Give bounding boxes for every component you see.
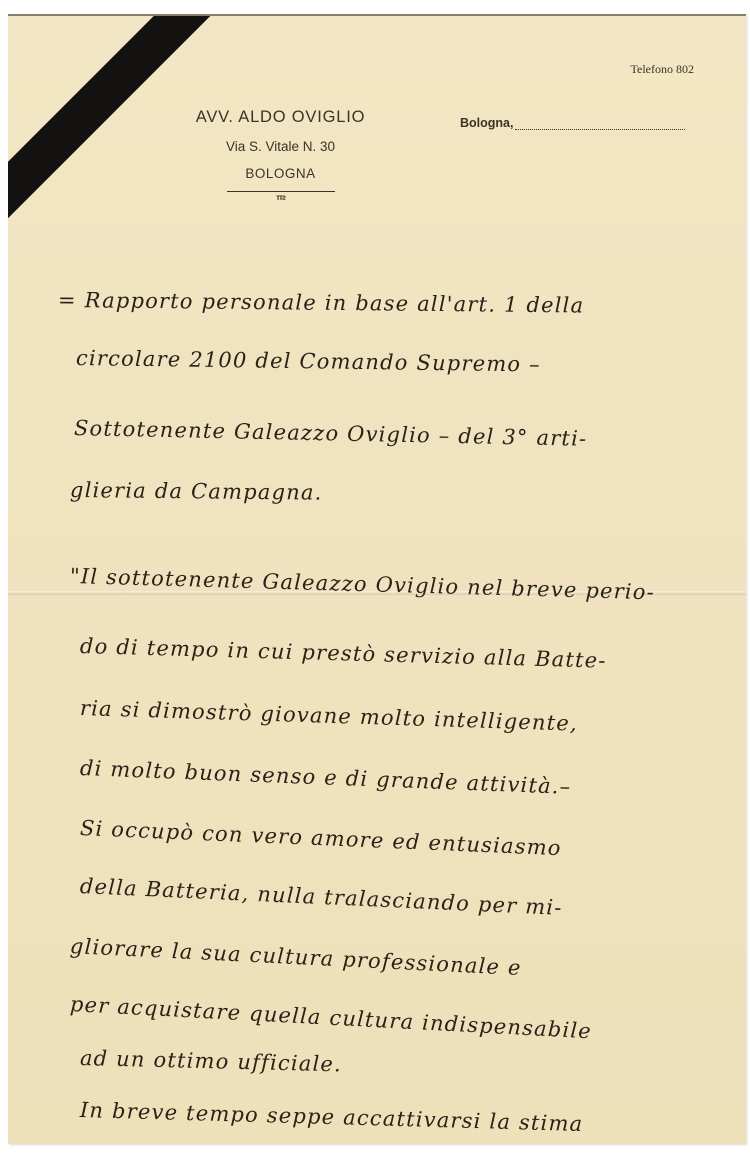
handwritten-line: per acquistare quella cultura indispensa… (69, 992, 592, 1043)
handwritten-line: "Il sottotenente Galeazzo Oviglio nel br… (70, 564, 656, 604)
telephone-number: Telefono 802 (631, 62, 694, 77)
handwritten-line: = Rapporto personale in base all'art. 1 … (58, 288, 585, 318)
letterhead-address: Via S. Vitale N. 30 (158, 139, 403, 154)
date-blank-line (515, 118, 685, 130)
handwritten-line: do di tempo in cui prestò servizio alla … (80, 634, 607, 673)
handwritten-line: circolare 2100 del Comando Supremo – (76, 346, 541, 376)
date-label: Bologna, (460, 116, 513, 130)
handwritten-line: In breve tempo seppe accattivarsi la sti… (80, 1098, 584, 1136)
handwritten-line: della Batteria, nulla tralasciando per m… (79, 874, 563, 920)
letterhead: AVV. ALDO OVIGLIO Via S. Vitale N. 30 BO… (158, 108, 403, 202)
handwritten-line: gliorare la sua cultura professionale e (69, 934, 522, 980)
date-field: Bologna, (460, 116, 685, 130)
letterhead-city: BOLOGNA (158, 166, 403, 181)
handwritten-line: glieria da Campagna. (70, 478, 323, 505)
ornament-icon: ᴛᴛᴤ (158, 193, 403, 202)
handwritten-line: ad un ottimo ufficiale. (80, 1046, 343, 1076)
handwritten-line: Si occupò con vero amore ed entusiasmo (79, 816, 562, 860)
letterhead-divider (227, 191, 335, 192)
handwritten-line: ria si dimostrò giovane molto intelligen… (80, 696, 579, 736)
handwritten-line: Sottotenente Galeazzo Oviglio – del 3° a… (74, 416, 588, 451)
letter-page: Telefono 802 AVV. ALDO OVIGLIO Via S. Vi… (8, 14, 746, 1144)
letterhead-name: AVV. ALDO OVIGLIO (158, 108, 403, 127)
handwritten-line: di molto buon senso e di grande attività… (80, 756, 572, 799)
